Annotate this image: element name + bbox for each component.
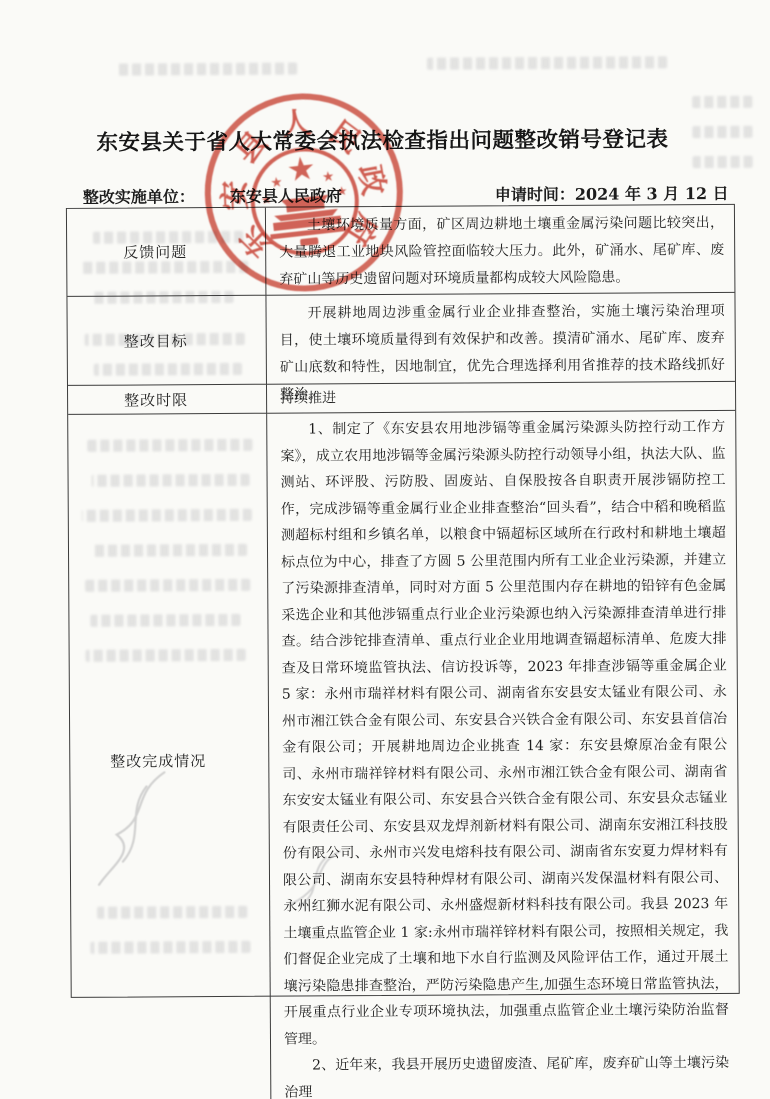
bleedthrough-line (117, 63, 297, 76)
implementing-unit-label: 整改实施单位： (83, 184, 195, 208)
row-content-completion-status: 1、制定了《东安县农用地涉镉等重金属污染源头防控行动工作方案》，成立农用地涉镉等… (267, 411, 739, 1099)
row-label-completion-status: 整改完成情况 (68, 414, 271, 1099)
rectification-deadline-text: 持续推进 (280, 385, 336, 412)
scanned-document-page: 东安县关于省人大常委会执法检查指出问题整改销号登记表 整改实施单位： 东安县人民… (0, 0, 770, 1099)
row-content-rectification-goal: 开展耕地周边涉重金属行业企业排查整治，实施土壤污染治理项目，使土壤环境质量得到有… (266, 293, 735, 385)
official-seal: 东 安 县 人 民 政 府 (186, 74, 422, 310)
row-label-rectification-goal: 整改目标 (67, 296, 267, 386)
application-date-label: 申请时间： (495, 185, 575, 204)
row-content-rectification-deadline: 持续推进 (267, 382, 735, 414)
svg-text:安: 安 (217, 180, 253, 211)
bleedthrough-line (693, 156, 753, 168)
application-date: 申请时间：2024 年 3 月 12 日 (495, 181, 729, 205)
bleedthrough-line (692, 96, 752, 108)
rectification-registration-table: 反馈问题 土壤环境质量方面，矿区周边耕地土壤重金属污染问题比较突出，大量腾退工业… (66, 204, 740, 998)
row-label-rectification-deadline: 整改时限 (68, 385, 267, 415)
bleedthrough-line (427, 56, 667, 69)
application-date-value: 2024 年 3 月 12 日 (575, 184, 729, 204)
completion-status-paragraph-1: 1、制定了《东安县农用地涉镉等重金属污染源头防控行动工作方案》，成立农用地涉镉等… (280, 414, 729, 1053)
completion-status-paragraph-2: 2、近年来，我县开展历史遗留废渣、尾矿库，废弃矿山等土壤污染治理 (284, 1050, 729, 1099)
svg-text:人: 人 (279, 105, 313, 143)
